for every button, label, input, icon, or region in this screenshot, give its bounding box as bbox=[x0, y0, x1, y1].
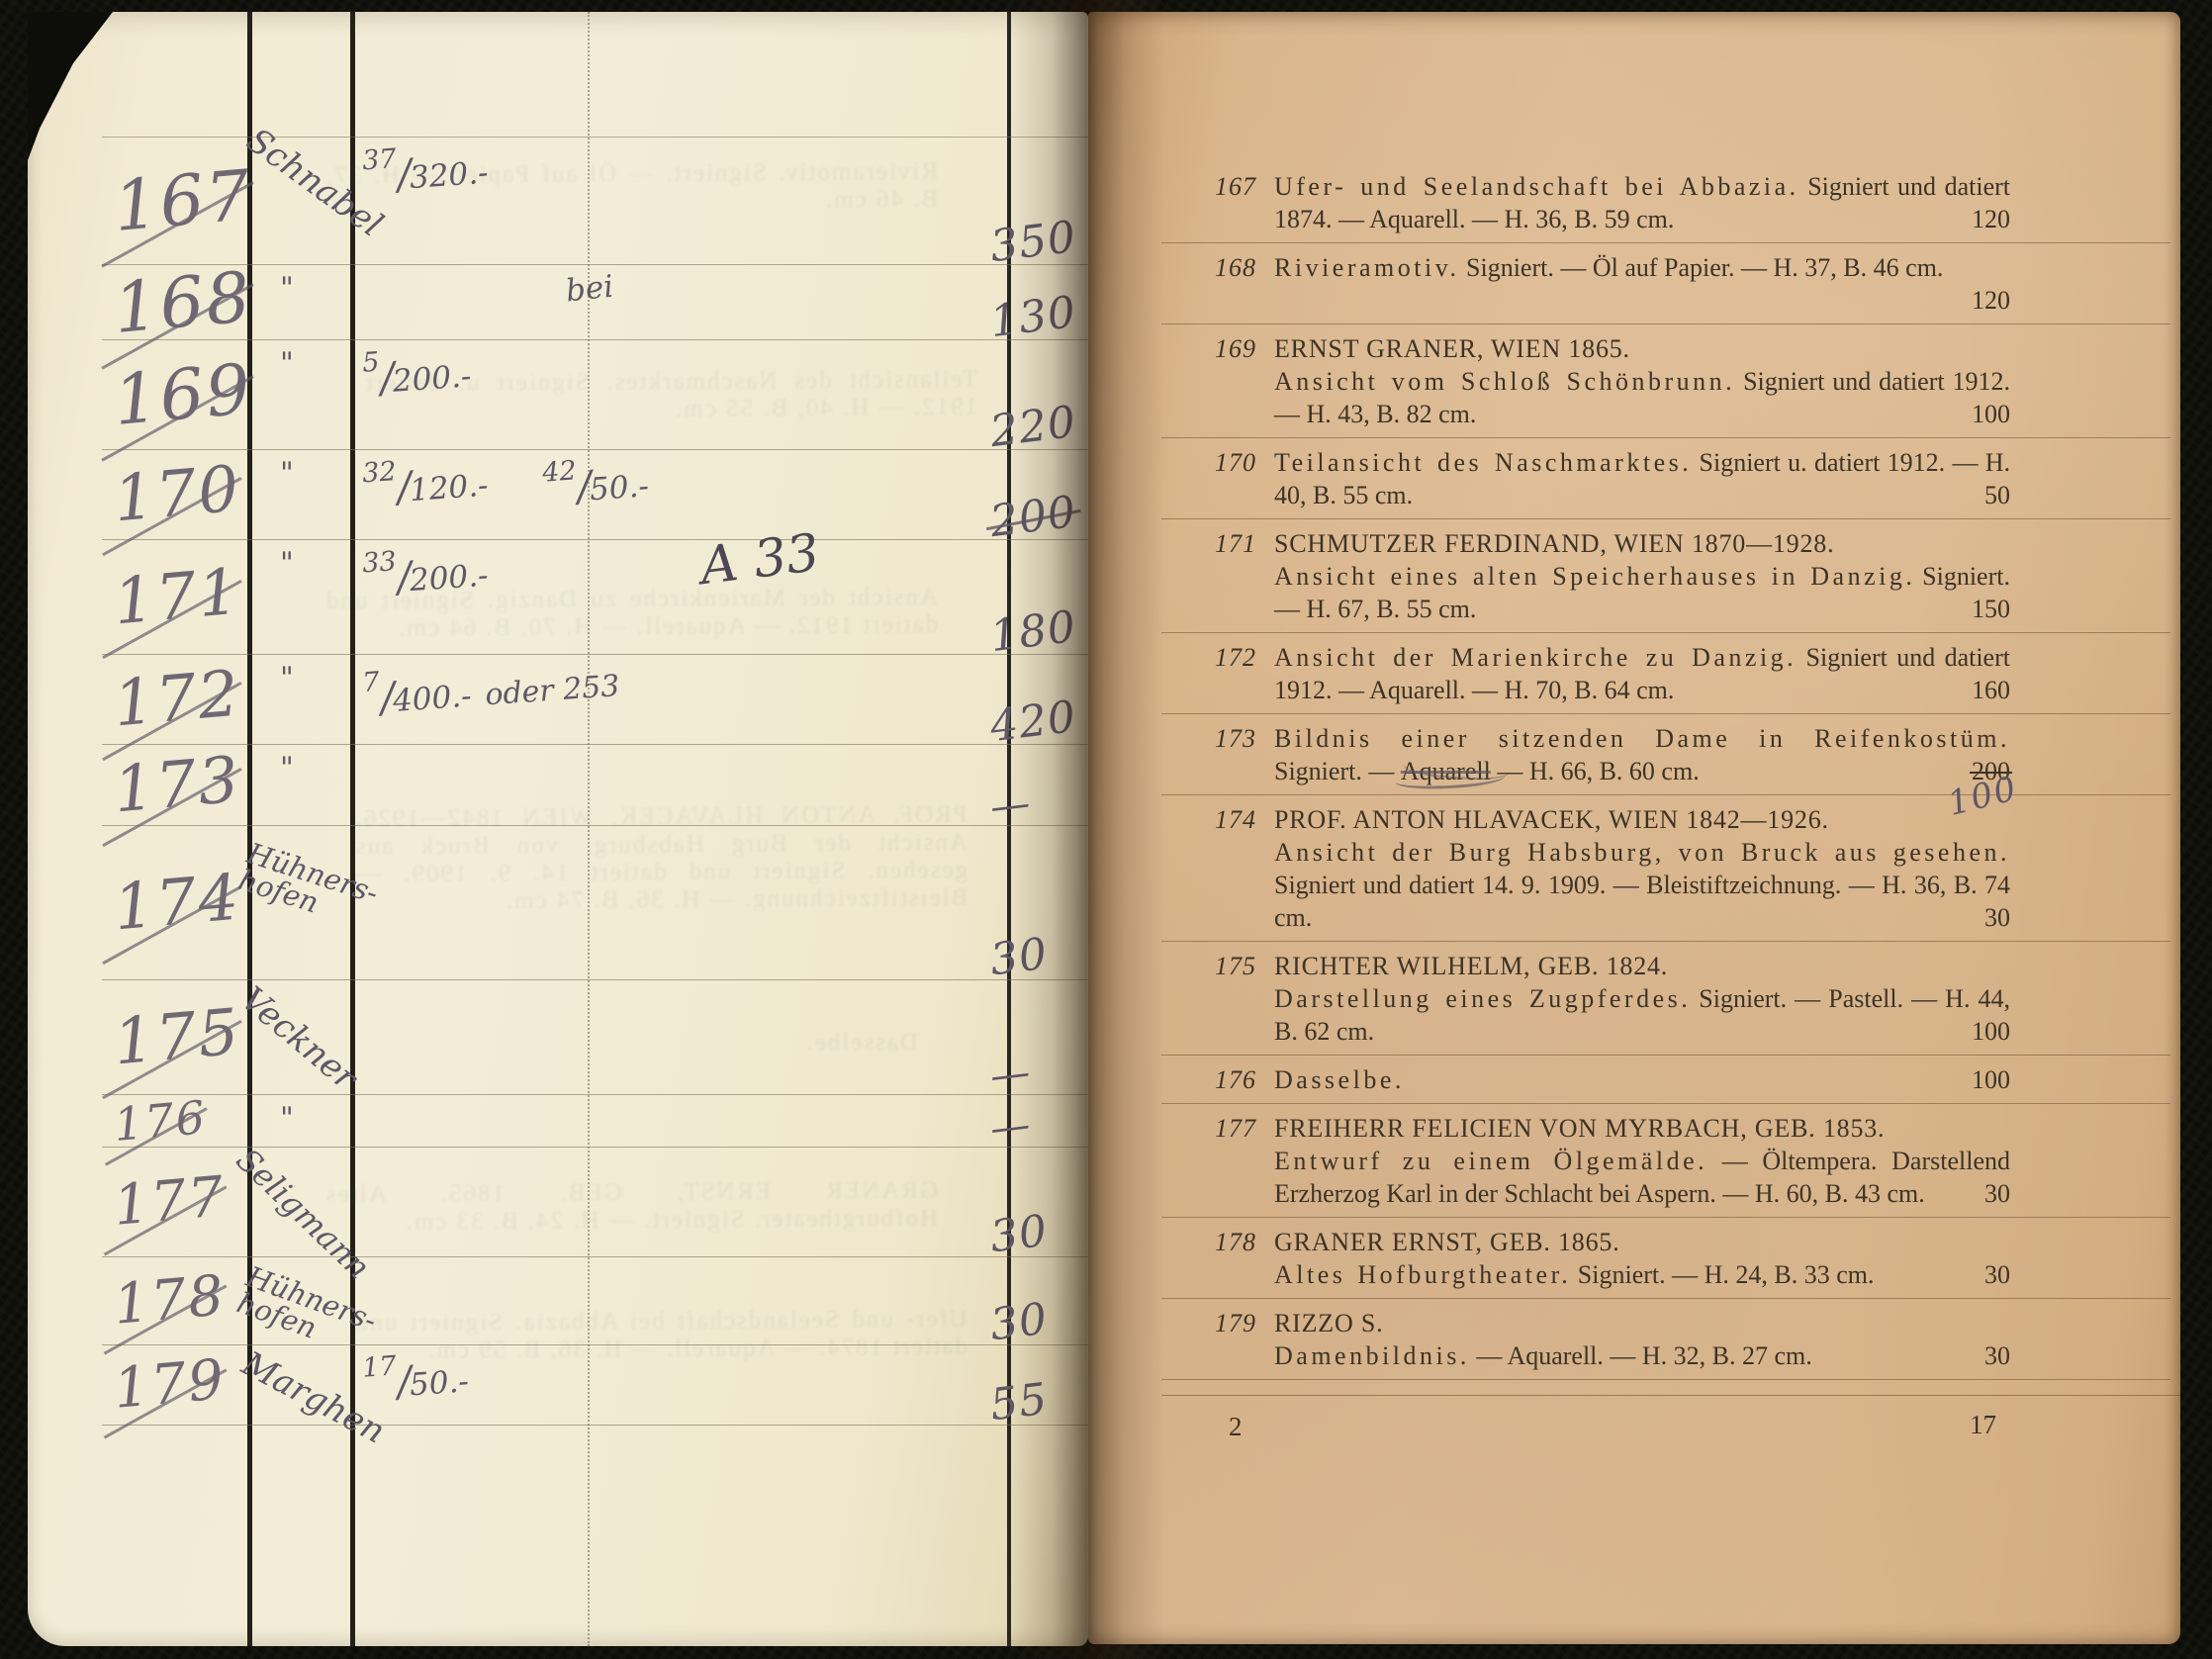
price: 30 bbox=[1984, 1339, 2010, 1372]
ledger-lot-cell: 178 bbox=[114, 1257, 247, 1344]
lot-number: 171 bbox=[1215, 527, 1256, 560]
work-description: Teilansicht des Naschmarktes. Signiert u… bbox=[1274, 446, 2010, 511]
catalog-entry: 177FREIHERR FELICIEN VON MYRBACH, GEB. 1… bbox=[1215, 1104, 2010, 1218]
price: 120 bbox=[1972, 284, 2010, 317]
work-description: Ufer- und Seelandschaft bei Abbazia. Sig… bbox=[1274, 170, 2010, 235]
work-title: Teilansicht des Naschmarktes. bbox=[1274, 448, 1692, 477]
price: 100 bbox=[1972, 1063, 2010, 1096]
ledger-lot-number: 171 bbox=[111, 560, 242, 634]
artist-name: GRANER ERNST, GEB. 1865. bbox=[1274, 1226, 2010, 1258]
ledger-row: 173"— bbox=[102, 745, 1088, 826]
work-title: Damenbildnis. bbox=[1274, 1341, 1470, 1370]
catalog-entry: 175RICHTER WILHELM, GEB. 1824.Darstellun… bbox=[1215, 942, 2010, 1056]
work-description: Entwurf zu einem Ölgemälde. — Öltempera.… bbox=[1274, 1145, 2010, 1210]
page-number: 17 bbox=[1970, 1410, 1996, 1440]
catalog-entry: 173Bildnis einer sitzenden Dame in Reife… bbox=[1215, 714, 2010, 795]
ledger-fraction-cell: 5/200.- bbox=[363, 340, 660, 449]
lot-number: 175 bbox=[1215, 950, 1256, 982]
work-title: Entwurf zu einem Ölgemälde. bbox=[1274, 1147, 1707, 1175]
ledger-fraction-cell bbox=[363, 980, 660, 1094]
ledger-price: — bbox=[988, 785, 1033, 826]
ledger-page: 167Schnabel37/320.-350168"bei130169"5/20… bbox=[28, 12, 1088, 1646]
ledger-buyer-name: " bbox=[280, 460, 294, 489]
ledger-lot-cell: 177 bbox=[114, 1148, 247, 1256]
ledger-fraction: 37/320.- bbox=[361, 138, 490, 202]
work-description: Rivieramotiv. Signiert. — Öl auf Papier.… bbox=[1274, 251, 2010, 284]
price: 200100 bbox=[1972, 755, 2010, 787]
work-title: Dasselbe. bbox=[1274, 1065, 1405, 1094]
ledger-lot-number: 175 bbox=[111, 1000, 242, 1074]
catalog-entries: 167Ufer- und Seelandschaft bei Abbazia. … bbox=[1215, 162, 2010, 1380]
ledger-price: 180 bbox=[988, 607, 1078, 657]
artist-name: SCHMUTZER FERDINAND, WIEN 1870—1928. bbox=[1274, 527, 2010, 560]
ledger-fraction: 33/200.- bbox=[361, 540, 490, 604]
catalog-entry: 170Teilansicht des Naschmarktes. Signier… bbox=[1215, 438, 2010, 519]
lot-number: 167 bbox=[1215, 170, 1256, 203]
ledger-lot-number: 168 bbox=[111, 262, 254, 343]
ledger-fraction-cell: bei bbox=[363, 265, 660, 339]
ledger-lot-number: 172 bbox=[111, 663, 242, 737]
catalog-page: 167Ufer- und Seelandschaft bei Abbazia. … bbox=[1088, 12, 2180, 1644]
ledger-row: 169"5/200.-220 bbox=[102, 340, 1088, 450]
ledger-wide-cell bbox=[616, 1148, 1012, 1256]
catalog-entry: 172Ansicht der Marienkirche zu Danzig. S… bbox=[1215, 633, 2010, 714]
work-description: Altes Hofburgtheater. Signiert. — H. 24,… bbox=[1274, 1258, 2010, 1291]
ledger-lot-cell: 169 bbox=[114, 340, 247, 449]
ledger-wide-cell bbox=[616, 1257, 1012, 1344]
ledger-rows: 167Schnabel37/320.-350168"bei130169"5/20… bbox=[102, 137, 1088, 1426]
book-scan: 167Schnabel37/320.-350168"bei130169"5/20… bbox=[0, 0, 2212, 1659]
ledger-fraction-cell bbox=[363, 1148, 660, 1256]
ledger-lot-cell: 168 bbox=[114, 265, 247, 339]
price: 160 bbox=[1972, 674, 2010, 706]
ledger-fraction-cell bbox=[363, 1095, 660, 1147]
ledger-wide-cell bbox=[616, 745, 1012, 825]
work-title: Darstellung eines Zugpferdes. bbox=[1274, 984, 1691, 1013]
ledger-buyer-name: " bbox=[280, 550, 294, 579]
ledger-price: 55 bbox=[988, 1380, 1050, 1426]
ledger-price: 200 bbox=[988, 493, 1078, 542]
ledger-wide-cell bbox=[616, 980, 1012, 1094]
work-title: Ansicht vom Schloß Schönbrunn. bbox=[1274, 367, 1735, 396]
scribbled-word: Aquarell bbox=[1401, 757, 1491, 785]
artist-name: PROF. ANTON HLAVACEK, WIEN 1842—1926. bbox=[1274, 803, 2010, 836]
ledger-buyer-name: " bbox=[280, 275, 294, 304]
ledger-fraction: 17/50.- bbox=[361, 1345, 470, 1408]
price: 150 bbox=[1972, 593, 2010, 625]
ledger-wide-cell bbox=[616, 655, 1012, 744]
work-title: Bildnis einer sitzenden Dame in Reifenko… bbox=[1274, 724, 2010, 753]
work-title: Altes Hofburgtheater. bbox=[1274, 1260, 1571, 1289]
ledger-buyer-cell: " bbox=[252, 450, 351, 539]
ledger-lot-number: 167 bbox=[111, 160, 254, 241]
plate-number: 2 bbox=[1229, 1412, 1243, 1442]
ledger-fraction-cell bbox=[363, 826, 660, 979]
ledger-wide-cell bbox=[616, 826, 1012, 979]
lot-number: 173 bbox=[1215, 722, 1256, 755]
ledger-fraction-cell bbox=[363, 1257, 660, 1344]
ledger-fraction: 7/400.-oder 253 bbox=[361, 650, 620, 723]
artist-name: ERNST GRANER, WIEN 1865. bbox=[1274, 332, 2010, 365]
lot-number: 179 bbox=[1215, 1307, 1256, 1339]
ledger-lot-cell: 167 bbox=[114, 138, 247, 264]
ledger-buyer-cell: Seligmann bbox=[252, 1148, 351, 1256]
work-description: Damenbildnis. — Aquarell. — H. 32, B. 27… bbox=[1274, 1339, 2010, 1372]
ledger-wide-cell: A 33 bbox=[616, 540, 1012, 654]
ledger-buyer-cell: Hühners-hofen bbox=[252, 1257, 351, 1344]
ledger-fraction-cell: 32/120.-42/50.- bbox=[363, 450, 660, 539]
ledger-price: 420 bbox=[988, 697, 1078, 747]
ledger-wide-cell bbox=[616, 138, 1012, 264]
ledger-row: 170"32/120.-42/50.-200 bbox=[102, 450, 1088, 540]
ledger-fraction-cell bbox=[363, 745, 660, 825]
ledger-buyer-name: Veckner bbox=[235, 982, 362, 1095]
ledger-wide-cell bbox=[616, 265, 1012, 339]
price: 100 bbox=[1972, 398, 2010, 430]
ledger-lot-cell: 171 bbox=[114, 540, 247, 654]
ledger-price: 30 bbox=[988, 1300, 1050, 1345]
catalog-entry: 179RIZZO S.Damenbildnis. — Aquarell. — H… bbox=[1215, 1299, 2010, 1380]
ledger-row: 168"bei130 bbox=[102, 265, 1088, 340]
ledger-lot-number: 173 bbox=[111, 748, 242, 822]
ledger-buyer-cell: " bbox=[252, 540, 351, 654]
ledger-lot-number: 177 bbox=[112, 1169, 228, 1235]
ledger-row: 176"— bbox=[102, 1095, 1088, 1148]
ledger-buyer-cell: " bbox=[252, 655, 351, 744]
work-title: Ansicht der Marienkirche zu Danzig. bbox=[1274, 643, 1797, 672]
ledger-lot-cell: 175 bbox=[114, 980, 247, 1094]
ledger-price: — bbox=[988, 1107, 1033, 1148]
catalog-entry: 171SCHMUTZER FERDINAND, WIEN 1870—1928.A… bbox=[1215, 519, 2010, 633]
ledger-fraction-cell: 7/400.-oder 253 bbox=[363, 655, 660, 744]
ledger-lot-cell: 172 bbox=[114, 655, 247, 744]
ledger-lot-cell: 176 bbox=[114, 1095, 247, 1147]
ledger-buyer-name: Hühners-hofen bbox=[235, 840, 365, 928]
artist-name: RIZZO S. bbox=[1274, 1307, 2010, 1339]
price: 100 bbox=[1972, 1015, 2010, 1048]
ledger-row: 175Veckner— bbox=[102, 980, 1088, 1095]
ledger-buyer-cell: Marghen bbox=[252, 1345, 351, 1425]
ledger-buyer-cell: Veckner bbox=[252, 980, 351, 1094]
work-description: Ansicht eines alten Speicherhauses in Da… bbox=[1274, 560, 2010, 625]
ledger-lot-cell: 170 bbox=[114, 450, 247, 539]
ledger-lot-number: 174 bbox=[111, 866, 242, 940]
catalog-entry: 174PROF. ANTON HLAVACEK, WIEN 1842—1926.… bbox=[1215, 795, 2010, 942]
ledger-buyer-name: Hühners-hofen bbox=[233, 1263, 364, 1355]
work-title: Ansicht der Burg Habsburg, von Bruck aus… bbox=[1274, 838, 2010, 867]
ledger-buyer-name: " bbox=[280, 665, 294, 693]
ledger-row: 171"33/200.-A 33180 bbox=[102, 540, 1088, 655]
ledger-row: 172"7/400.-oder 253420 bbox=[102, 655, 1088, 745]
work-description: Dasselbe. bbox=[1274, 1063, 2010, 1096]
work-description: Bildnis einer sitzenden Dame in Reifenko… bbox=[1274, 722, 2010, 787]
ledger-buyer-name: " bbox=[280, 1105, 294, 1134]
ledger-lot-cell: 173 bbox=[114, 745, 247, 825]
lot-number: 170 bbox=[1215, 446, 1256, 479]
ledger-fraction: 32/120.- bbox=[361, 450, 490, 514]
ledger-wide-cell bbox=[616, 1345, 1012, 1425]
ledger-lot-cell: 174 bbox=[114, 826, 247, 979]
ledger-buyer-cell: Schnabel bbox=[252, 138, 351, 264]
ledger-lot-number: 170 bbox=[111, 458, 242, 532]
ledger-price: — bbox=[988, 1055, 1033, 1095]
artist-name: FREIHERR FELICIEN VON MYRBACH, GEB. 1853… bbox=[1274, 1112, 2010, 1145]
lot-number: 174 bbox=[1215, 803, 1256, 836]
price: 50 bbox=[1984, 479, 2010, 511]
price: 30 bbox=[1984, 1177, 2010, 1210]
ledger-price: 130 bbox=[988, 293, 1078, 342]
catalog-entry: 169ERNST GRANER, WIEN 1865.Ansicht vom S… bbox=[1215, 324, 2010, 438]
ledger-fraction: 5/200.- bbox=[361, 340, 472, 403]
price: 30 bbox=[1984, 901, 2010, 934]
work-description: Darstellung eines Zugpferdes. Signiert. … bbox=[1274, 982, 2010, 1048]
lot-number: 172 bbox=[1215, 641, 1256, 674]
catalog-entry: 168Rivieramotiv. Signiert. — Öl auf Papi… bbox=[1215, 243, 2010, 324]
work-description: Ansicht vom Schloß Schönbrunn. Signiert … bbox=[1274, 365, 2010, 430]
catalog-entry: 167Ufer- und Seelandschaft bei Abbazia. … bbox=[1215, 162, 2010, 243]
ledger-buyer-cell: " bbox=[252, 265, 351, 339]
ledger-price: 350 bbox=[988, 218, 1078, 267]
ledger-lot-number: 176 bbox=[112, 1094, 208, 1148]
ledger-row: 167Schnabel37/320.-350 bbox=[102, 138, 1088, 265]
ledger-price: 30 bbox=[988, 1212, 1050, 1257]
work-title: Ansicht eines alten Speicherhauses in Da… bbox=[1274, 562, 1915, 591]
ledger-lot-number: 179 bbox=[112, 1352, 228, 1418]
catalog-entry: 178GRANER ERNST, GEB. 1865.Altes Hofburg… bbox=[1215, 1218, 2010, 1299]
ledger-row: 179Marghen17/50.-55 bbox=[102, 1345, 1088, 1426]
lot-number: 169 bbox=[1215, 332, 1256, 365]
ledger-buyer-cell: " bbox=[252, 1095, 351, 1147]
work-title: Rivieramotiv. bbox=[1274, 253, 1460, 282]
catalog-entry: 176Dasselbe.100 bbox=[1215, 1056, 2010, 1104]
ledger-buyer-name: " bbox=[280, 350, 294, 379]
work-description: Ansicht der Burg Habsburg, von Bruck aus… bbox=[1274, 836, 2010, 934]
lot-number: 168 bbox=[1215, 251, 1256, 284]
page-footer: 2 17 bbox=[1161, 1395, 2180, 1396]
ledger-fraction-cell: 17/50.- bbox=[363, 1345, 660, 1425]
ledger-lot-number: 178 bbox=[112, 1268, 228, 1334]
ledger-row: 174Hühners-hofen30 bbox=[102, 826, 1088, 980]
ledger-buyer-name: " bbox=[280, 755, 294, 783]
ledger-fraction-cell: 37/320.- bbox=[363, 138, 660, 264]
ledger-buyer-cell: " bbox=[252, 340, 351, 449]
ledger-row: 177Seligmann30 bbox=[102, 1148, 1088, 1257]
ledger-buyer-cell: " bbox=[252, 745, 351, 825]
ledger-wide-cell bbox=[616, 340, 1012, 449]
ledger-buyer-cell: Hühners-hofen bbox=[252, 826, 351, 979]
price: 30 bbox=[1984, 1258, 2010, 1291]
ledger-fraction-cell: 33/200.- bbox=[363, 540, 660, 654]
price: 120 bbox=[1972, 203, 2010, 235]
lot-number: 178 bbox=[1215, 1226, 1256, 1258]
page-edges bbox=[49, 12, 103, 1646]
work-title: Ufer- und Seelandschaft bei Abbazia. bbox=[1274, 172, 1799, 201]
ledger-note: bei bbox=[564, 269, 615, 310]
ledger-lot-cell: 179 bbox=[114, 1345, 247, 1425]
work-description: Ansicht der Marienkirche zu Danzig. Sign… bbox=[1274, 641, 2010, 706]
ledger-lot-number: 169 bbox=[111, 354, 254, 435]
lot-number: 177 bbox=[1215, 1112, 1256, 1145]
lot-number: 176 bbox=[1215, 1063, 1256, 1096]
ledger-row: 178Hühners-hofen30 bbox=[102, 1257, 1088, 1345]
ledger-price: 220 bbox=[988, 403, 1078, 452]
artist-name: RICHTER WILHELM, GEB. 1824. bbox=[1274, 950, 2010, 982]
ledger-price: 30 bbox=[988, 935, 1050, 980]
ledger-wide-cell bbox=[616, 1095, 1012, 1147]
